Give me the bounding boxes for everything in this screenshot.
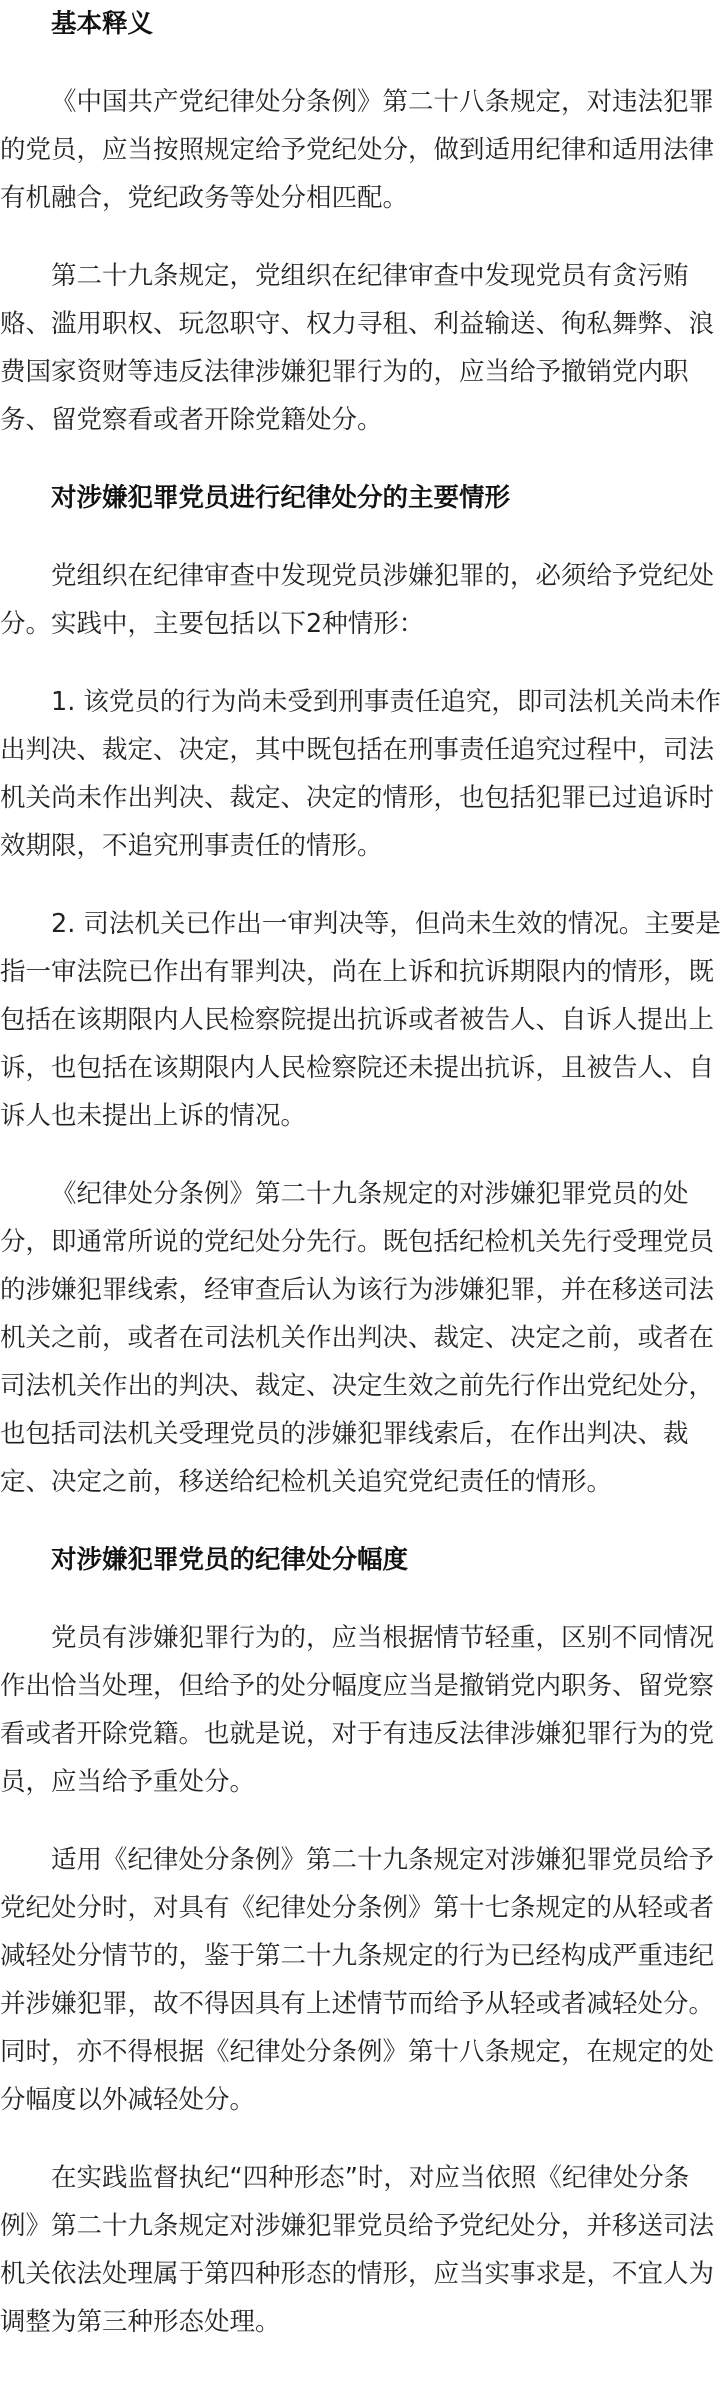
paragraph: 《中国共产党纪律处分条例》第二十八条规定，对违法犯罪 的党员，应当按照规定给予党… bbox=[0, 78, 720, 222]
paragraph-line: 包括在该期限内人民检察院提出抗诉或者被告人、自诉人提出上 bbox=[0, 996, 720, 1044]
paragraph-line: 机关依法处理属于第四种形态的情形，应当实事求是，不宜人为 bbox=[0, 2250, 720, 2298]
paragraph-line: 员，应当给予重处分。 bbox=[0, 1758, 720, 1806]
heading-text: 对涉嫌犯罪党员的纪律处分幅度 bbox=[0, 1536, 720, 1584]
section-heading-main-situations: 对涉嫌犯罪党员进行纪律处分的主要情形 bbox=[0, 474, 720, 522]
paragraph-line: 同时，亦不得根据《纪律处分条例》第十八条规定，在规定的处 bbox=[0, 2028, 720, 2076]
article-body: 基本释义 《中国共产党纪律处分条例》第二十八条规定，对违法犯罪 的党员，应当按照… bbox=[0, 0, 720, 2346]
paragraph-line: 也包括司法机关受理党员的涉嫌犯罪线索后，在作出判决、裁 bbox=[0, 1410, 720, 1458]
paragraph-line: 赂、滥用职权、玩忽职守、权力寻租、利益输送、徇私舞弊、浪 bbox=[0, 300, 720, 348]
section-heading-basic-definition: 基本释义 bbox=[0, 0, 720, 48]
paragraph-line: 指一审法院已作出有罪判决，尚在上诉和抗诉期限内的情形，既 bbox=[0, 948, 720, 996]
paragraph-line: 《纪律处分条例》第二十九条规定的对涉嫌犯罪党员的处 bbox=[0, 1170, 720, 1218]
paragraph-line: 党员有涉嫌犯罪行为的，应当根据情节轻重，区别不同情况 bbox=[0, 1614, 720, 1662]
paragraph: 第二十九条规定，党组织在纪律审查中发现党员有贪污贿 赂、滥用职权、玩忽职守、权力… bbox=[0, 252, 720, 444]
paragraph-line: 务、留党察看或者开除党籍处分。 bbox=[0, 396, 720, 444]
paragraph-line: 司法机关作出的判决、裁定、决定生效之前先行作出党纪处分， bbox=[0, 1362, 720, 1410]
paragraph-line: 效期限，不追究刑事责任的情形。 bbox=[0, 822, 720, 870]
paragraph-line: 例》第二十九条规定对涉嫌犯罪党员给予党纪处分，并移送司法 bbox=[0, 2202, 720, 2250]
paragraph-line: 机关之前，或者在司法机关作出判决、裁定、决定之前，或者在 bbox=[0, 1314, 720, 1362]
paragraph-line: 诉，也包括在该期限内人民检察院还未提出抗诉，且被告人、自 bbox=[0, 1044, 720, 1092]
paragraph-line: 分幅度以外减轻处分。 bbox=[0, 2076, 720, 2124]
paragraph-line: 第二十九条规定，党组织在纪律审查中发现党员有贪污贿 bbox=[0, 252, 720, 300]
paragraph-line: 减轻处分情节的，鉴于第二十九条规定的行为已经构成严重违纪 bbox=[0, 1932, 720, 1980]
paragraph: 党组织在纪律审查中发现党员涉嫌犯罪的，必须给予党纪处 分。实践中，主要包括以下2… bbox=[0, 552, 720, 648]
paragraph-line: 1. 该党员的行为尚未受到刑事责任追究，即司法机关尚未作 bbox=[0, 678, 720, 726]
paragraph-line: 作出恰当处理，但给予的处分幅度应当是撤销党内职务、留党察 bbox=[0, 1662, 720, 1710]
paragraph: 适用《纪律处分条例》第二十九条规定对涉嫌犯罪党员给予 党纪处分时，对具有《纪律处… bbox=[0, 1836, 720, 2124]
paragraph-line: 适用《纪律处分条例》第二十九条规定对涉嫌犯罪党员给予 bbox=[0, 1836, 720, 1884]
paragraph-line: 出判决、裁定、决定，其中既包括在刑事责任追究过程中，司法 bbox=[0, 726, 720, 774]
paragraph-line: 的党员，应当按照规定给予党纪处分，做到适用纪律和适用法律 bbox=[0, 126, 720, 174]
paragraph-line: 定、决定之前，移送给纪检机关追究党纪责任的情形。 bbox=[0, 1458, 720, 1506]
heading-text: 基本释义 bbox=[0, 0, 720, 48]
section-heading-penalty-range: 对涉嫌犯罪党员的纪律处分幅度 bbox=[0, 1536, 720, 1584]
paragraph-line: 机关尚未作出判决、裁定、决定的情形，也包括犯罪已过追诉时 bbox=[0, 774, 720, 822]
heading-text: 对涉嫌犯罪党员进行纪律处分的主要情形 bbox=[0, 474, 720, 522]
paragraph-line: 并涉嫌犯罪，故不得因具有上述情节而给予从轻或者减轻处分。 bbox=[0, 1980, 720, 2028]
paragraph: 《纪律处分条例》第二十九条规定的对涉嫌犯罪党员的处 分，即通常所说的党纪处分先行… bbox=[0, 1170, 720, 1506]
list-item-situation-1: 1. 该党员的行为尚未受到刑事责任追究，即司法机关尚未作 出判决、裁定、决定，其… bbox=[0, 678, 720, 870]
paragraph-line: 在实践监督执纪“四种形态”时，对应当依照《纪律处分条 bbox=[0, 2154, 720, 2202]
paragraph: 党员有涉嫌犯罪行为的，应当根据情节轻重，区别不同情况 作出恰当处理，但给予的处分… bbox=[0, 1614, 720, 1806]
paragraph-line: 分。实践中，主要包括以下2种情形： bbox=[0, 600, 720, 648]
paragraph-line: 党纪处分时，对具有《纪律处分条例》第十七条规定的从轻或者 bbox=[0, 1884, 720, 1932]
paragraph-line: 的涉嫌犯罪线索，经审查后认为该行为涉嫌犯罪，并在移送司法 bbox=[0, 1266, 720, 1314]
paragraph-line: 《中国共产党纪律处分条例》第二十八条规定，对违法犯罪 bbox=[0, 78, 720, 126]
paragraph-line: 党组织在纪律审查中发现党员涉嫌犯罪的，必须给予党纪处 bbox=[0, 552, 720, 600]
paragraph-line: 分，即通常所说的党纪处分先行。既包括纪检机关先行受理党员 bbox=[0, 1218, 720, 1266]
paragraph-line: 费国家资财等违反法律涉嫌犯罪行为的，应当给予撤销党内职 bbox=[0, 348, 720, 396]
paragraph-line: 2. 司法机关已作出一审判决等，但尚未生效的情况。主要是 bbox=[0, 900, 720, 948]
paragraph-line: 有机融合，党纪政务等处分相匹配。 bbox=[0, 174, 720, 222]
paragraph-line: 看或者开除党籍。也就是说，对于有违反法律涉嫌犯罪行为的党 bbox=[0, 1710, 720, 1758]
paragraph-line: 诉人也未提出上诉的情况。 bbox=[0, 1092, 720, 1140]
paragraph: 在实践监督执纪“四种形态”时，对应当依照《纪律处分条 例》第二十九条规定对涉嫌犯… bbox=[0, 2154, 720, 2346]
list-item-situation-2: 2. 司法机关已作出一审判决等，但尚未生效的情况。主要是 指一审法院已作出有罪判… bbox=[0, 900, 720, 1140]
paragraph-line: 调整为第三种形态处理。 bbox=[0, 2298, 720, 2346]
